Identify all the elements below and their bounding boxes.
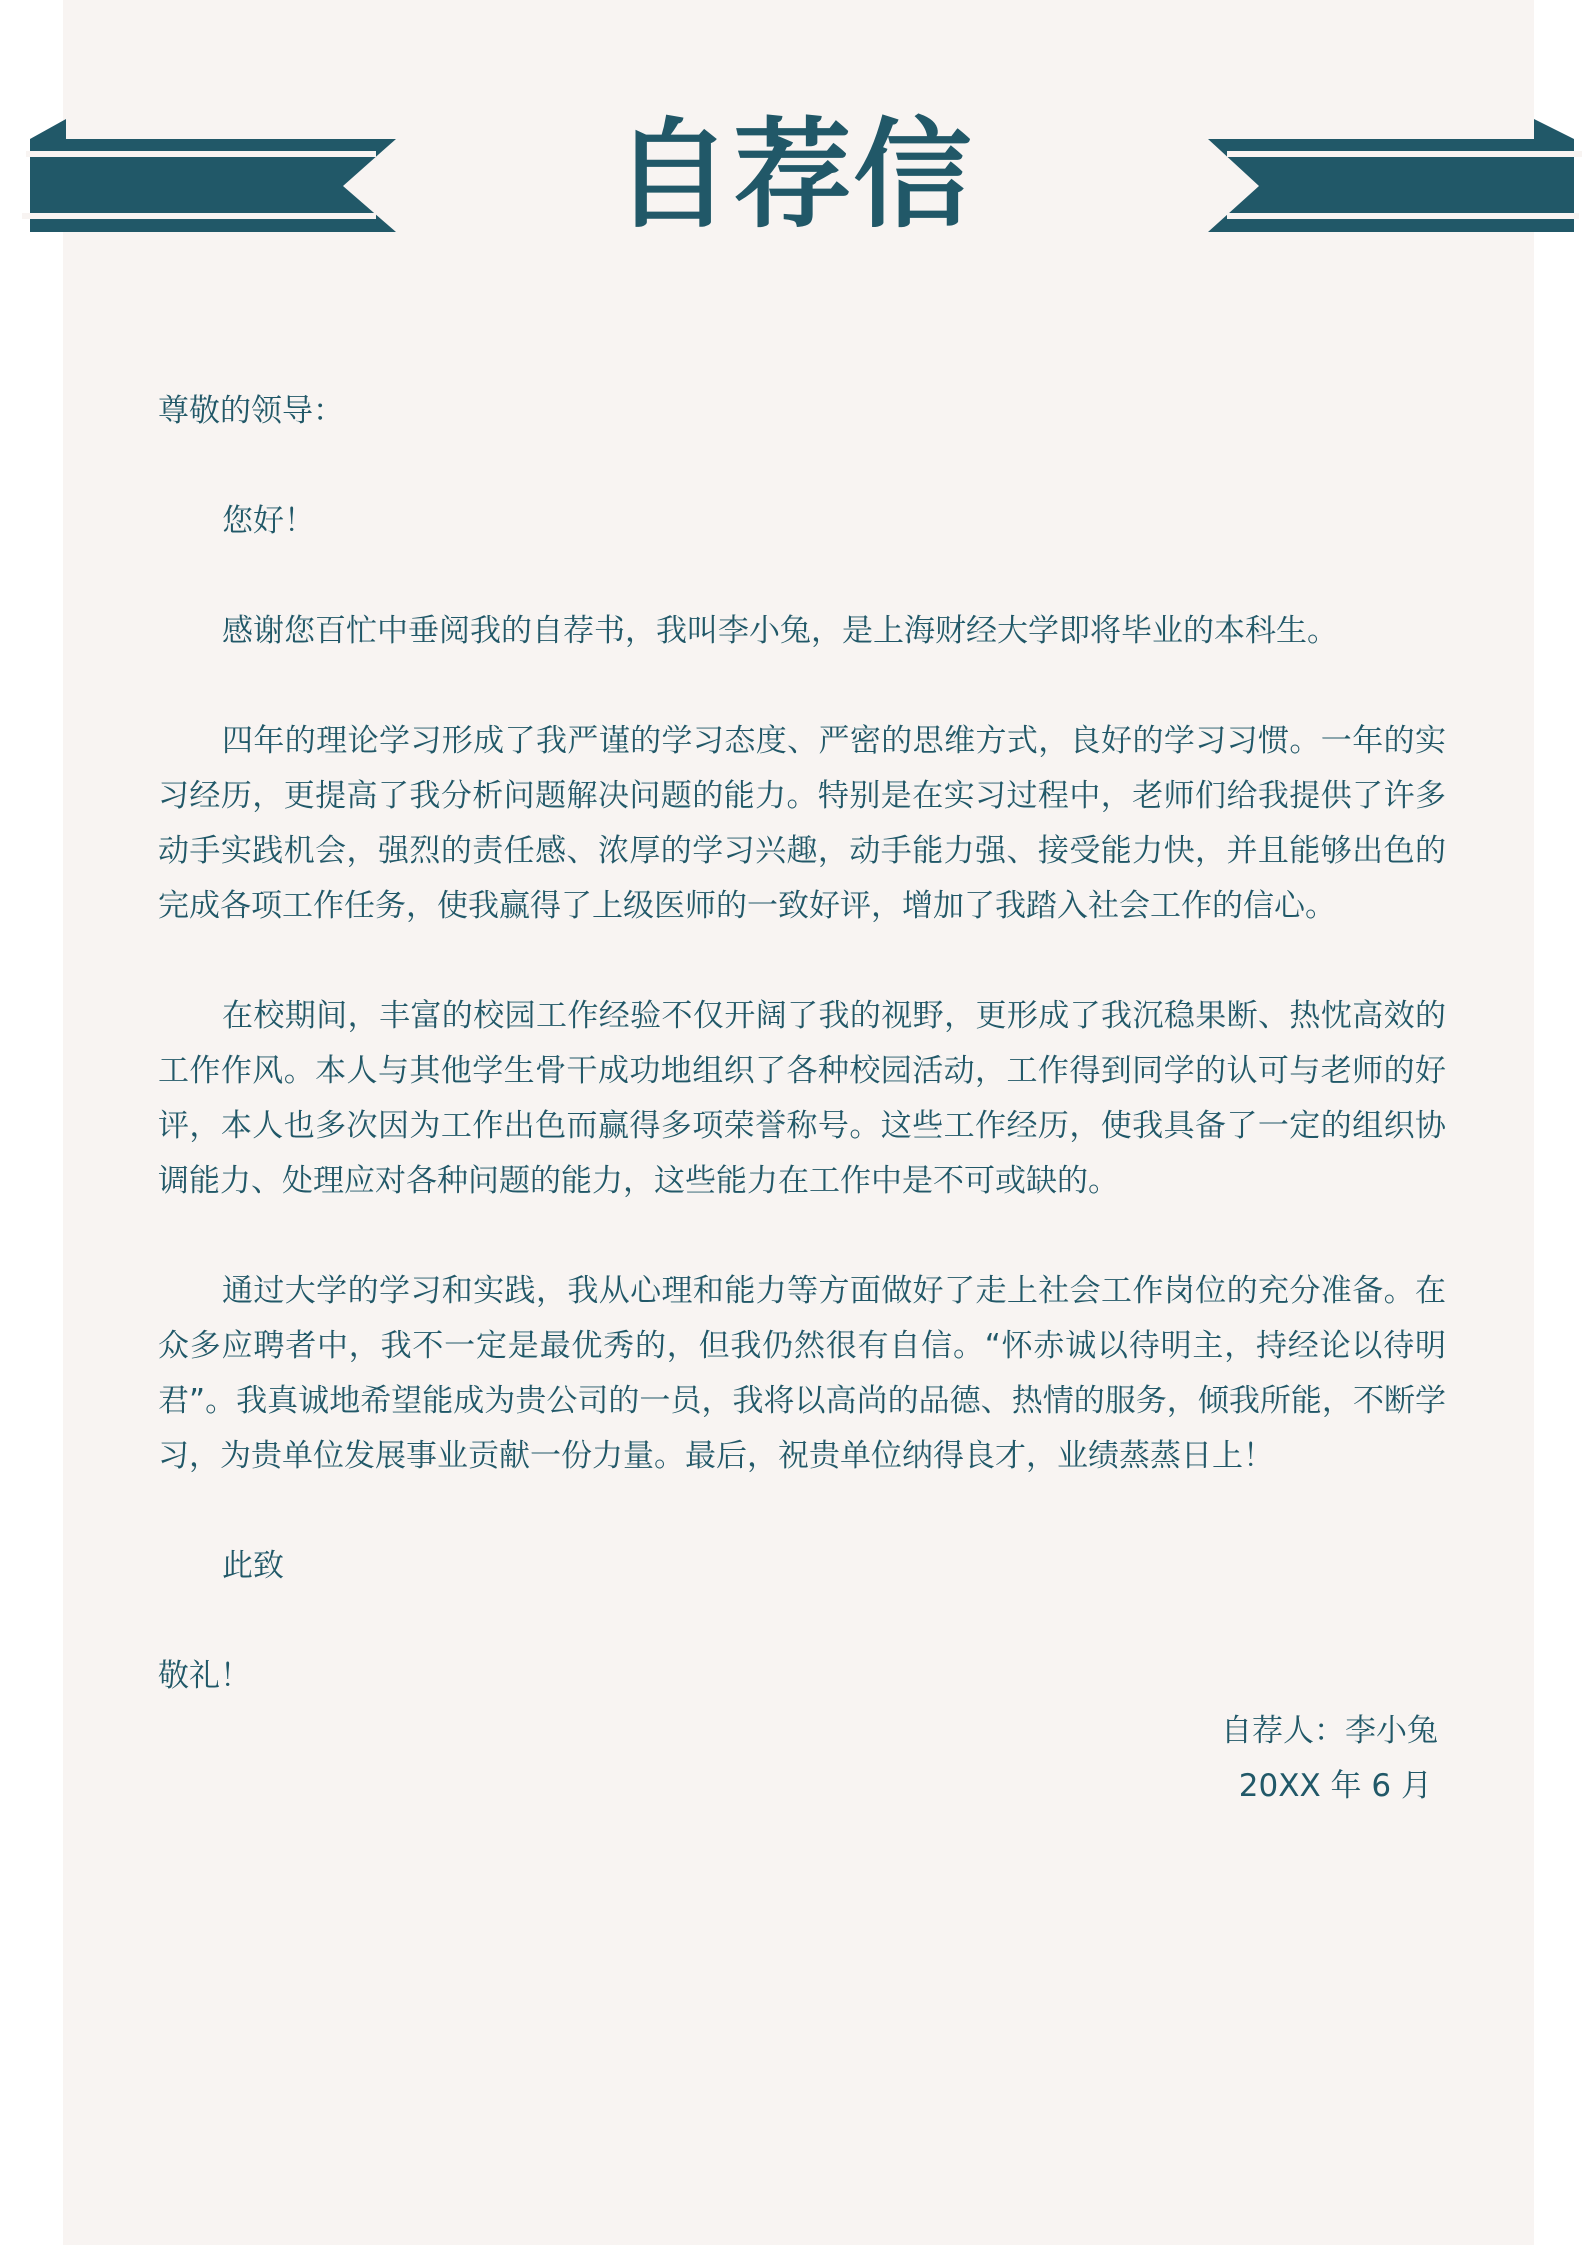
closing-phrase: 此致 — [158, 1539, 1446, 1594]
salutation: 尊敬的领导： — [158, 384, 1446, 439]
signature-date: 20XX 年 6 月 — [158, 1759, 1438, 1814]
paragraph-campus: 在校期间，丰富的校园工作经验不仅开阔了我的视野，更形成了我沉稳果断、热忱高效的工… — [158, 989, 1446, 1209]
paragraph-closing: 通过大学的学习和实践，我从心理和能力等方面做好了走上社会工作岗位的充分准备。在众… — [158, 1264, 1446, 1484]
greeting: 您好！ — [158, 494, 1446, 549]
page-title: 自荐信 — [0, 100, 1587, 250]
closing-regards: 敬礼！ — [158, 1649, 1446, 1704]
signature: 自荐人：李小兔 — [158, 1704, 1438, 1759]
paragraph-study: 四年的理论学习形成了我严谨的学习态度、严密的思维方式，良好的学习习惯。一年的实习… — [158, 714, 1446, 934]
letter-body: 尊敬的领导： 您好！ 感谢您百忙中垂阅我的自荐书，我叫李小兔，是上海财经大学即将… — [158, 384, 1446, 1814]
paragraph-intro: 感谢您百忙中垂阅我的自荐书，我叫李小兔，是上海财经大学即将毕业的本科生。 — [158, 604, 1446, 659]
